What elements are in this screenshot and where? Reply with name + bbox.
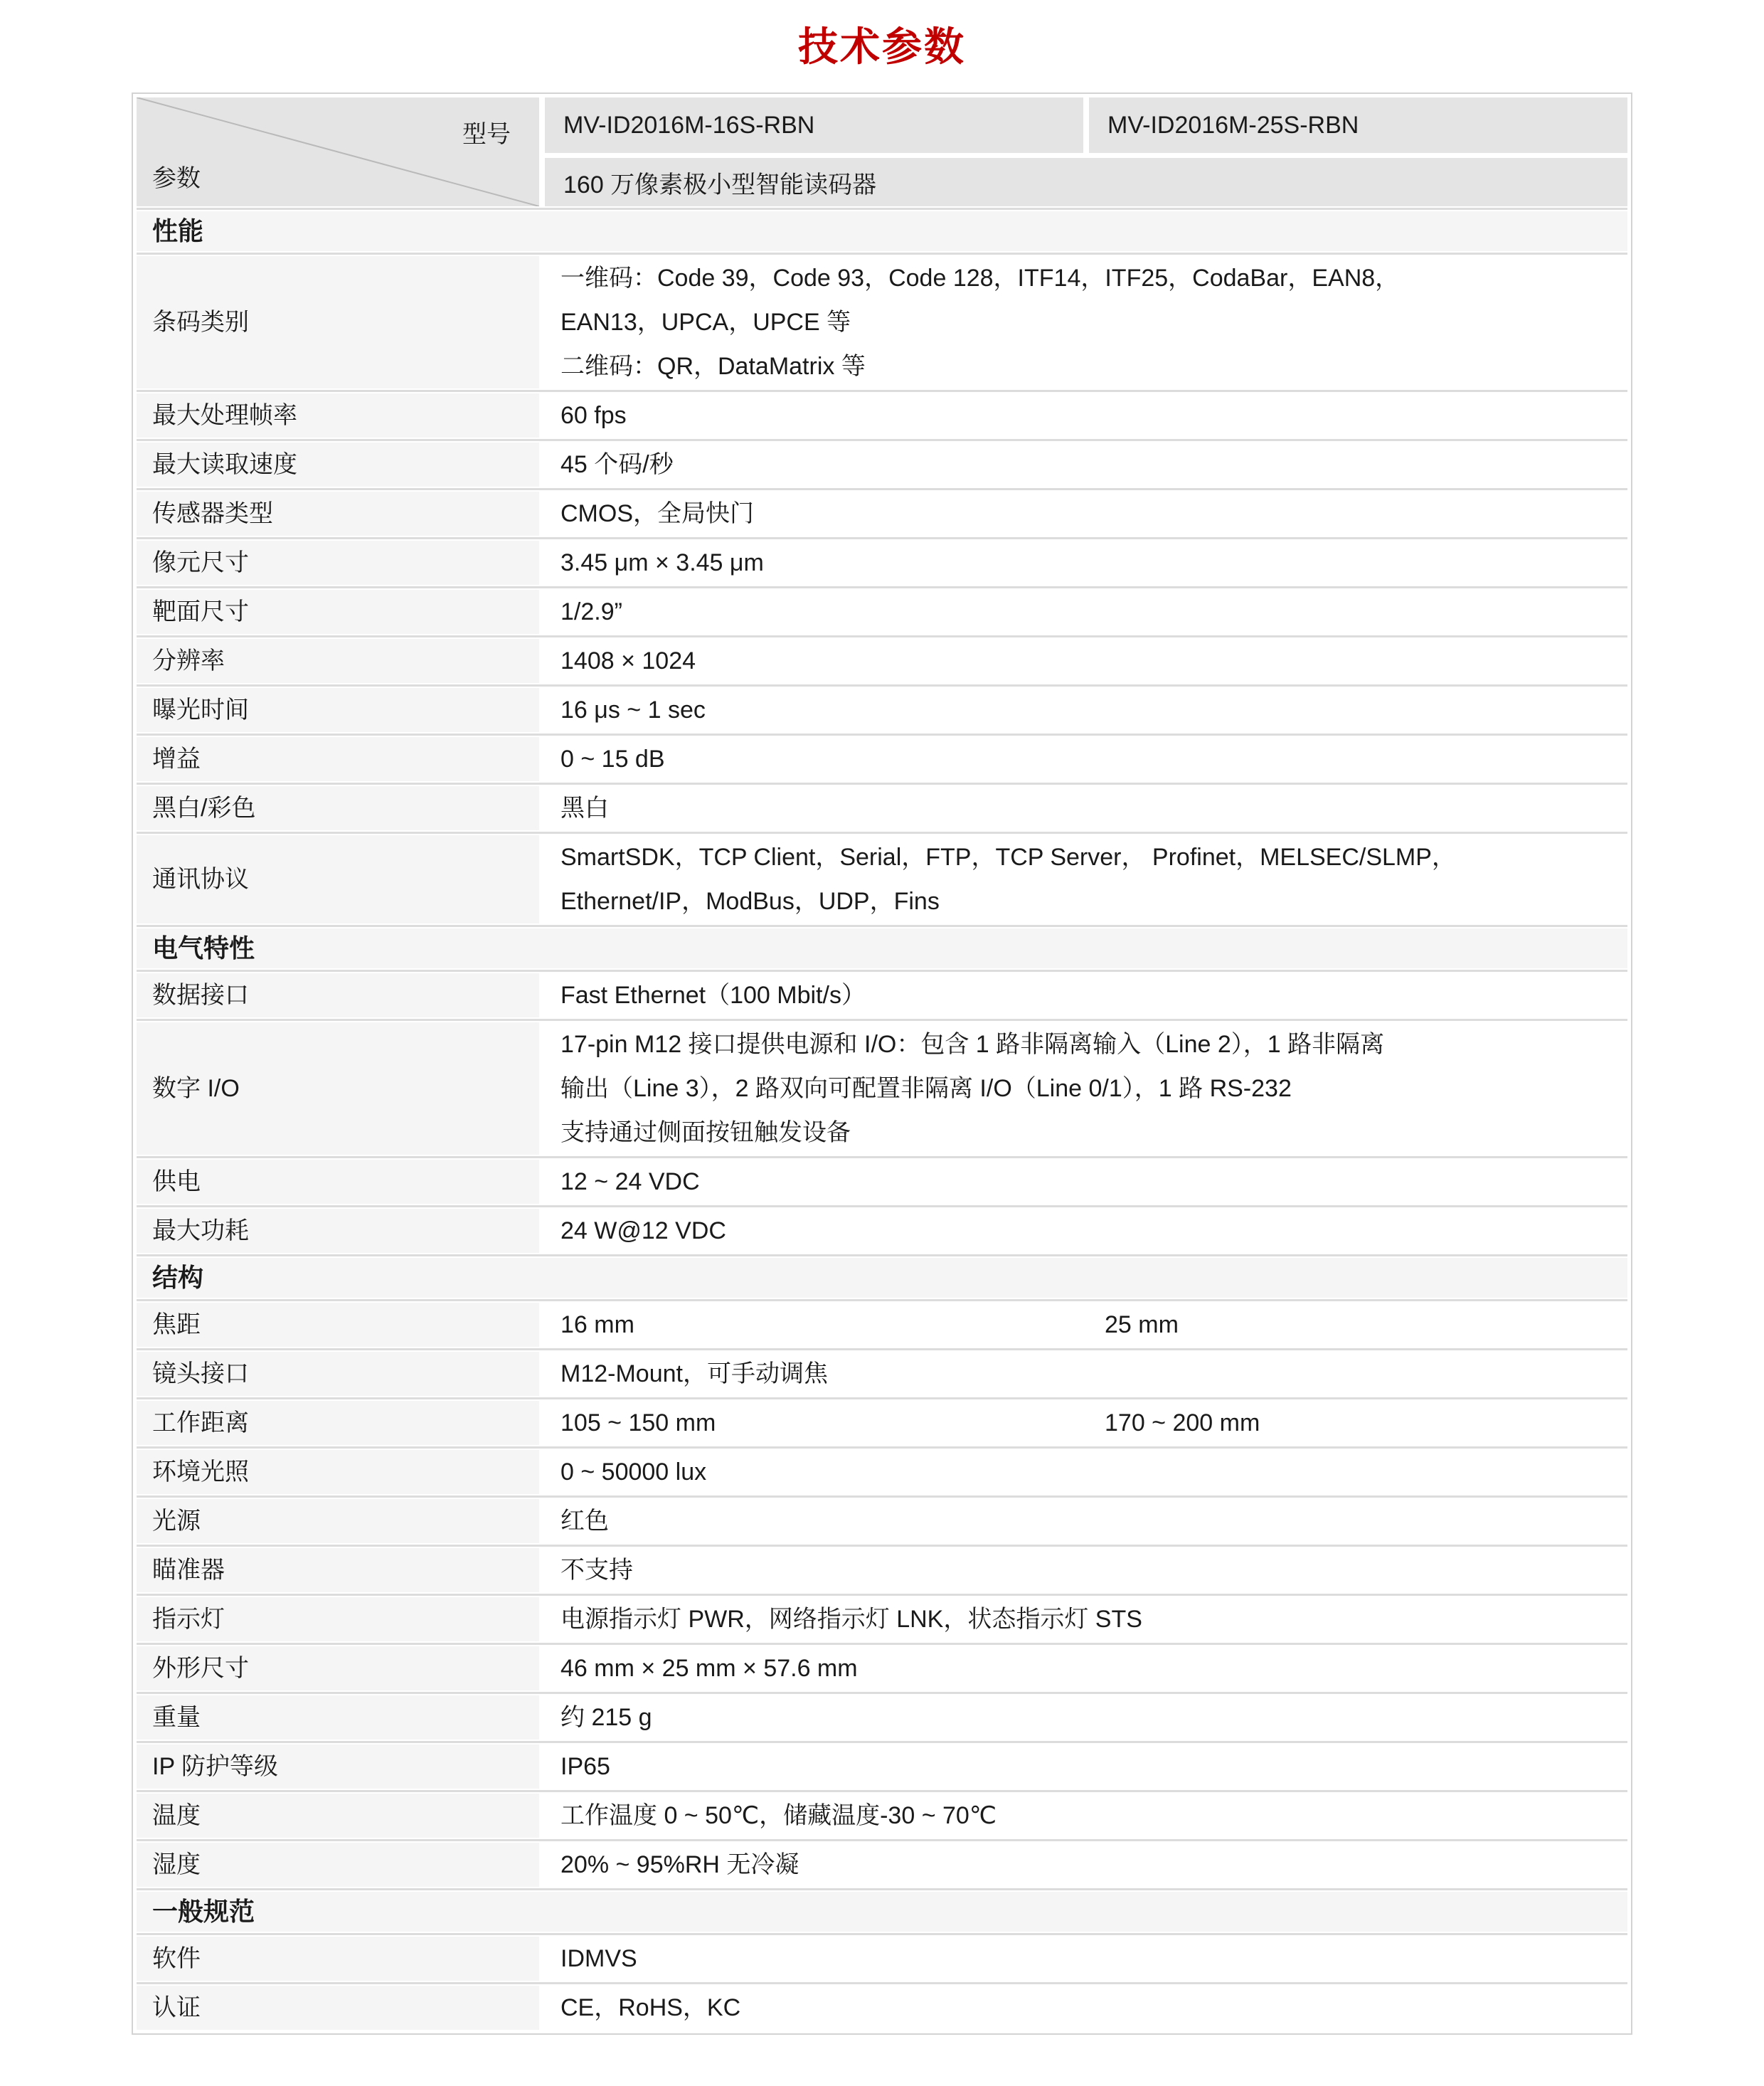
row-value: 一维码：Code 39，Code 93，Code 128，ITF14，ITF25… bbox=[545, 256, 1627, 388]
row-value: 1/2.9” bbox=[545, 590, 1627, 634]
row-label: 环境光照 bbox=[137, 1450, 539, 1494]
row-label: 外形尺寸 bbox=[137, 1646, 539, 1690]
row-value: CE，RoHS，KC bbox=[545, 1986, 1627, 2030]
row-value: 24 W@12 VDC bbox=[545, 1209, 1627, 1253]
row-label: IP 防护等级 bbox=[137, 1744, 539, 1789]
row-label: 像元尺寸 bbox=[137, 541, 539, 585]
table-row: 最大处理帧率 60 fps bbox=[137, 390, 1627, 438]
table-row: 环境光照 0 ~ 50000 lux bbox=[137, 1446, 1627, 1494]
table-row: 通讯协议 SmartSDK，TCP Client，Serial，FTP，TCP … bbox=[137, 832, 1627, 923]
row-label: 条码类别 bbox=[137, 256, 539, 388]
row-label: 分辨率 bbox=[137, 639, 539, 683]
row-label: 认证 bbox=[137, 1986, 539, 2030]
row-value: 红色 bbox=[545, 1499, 1627, 1543]
table-row: 光源 红色 bbox=[137, 1495, 1627, 1543]
table-row: 条码类别 一维码：Code 39，Code 93，Code 128，ITF14，… bbox=[137, 253, 1627, 388]
section-header-row: 结构 bbox=[137, 1254, 1627, 1298]
row-value: 12 ~ 24 VDC bbox=[545, 1160, 1627, 1204]
section-title: 结构 bbox=[137, 1258, 1627, 1298]
row-value: Fast Ethernet（100 Mbit/s） bbox=[545, 973, 1627, 1017]
table-row: 软件 IDMVS bbox=[137, 1933, 1627, 1981]
spec-page: 技术参数 型号 参数 MV-ID2016M-16S-RBN MV-ID2016M… bbox=[0, 0, 1764, 2035]
row-label: 光源 bbox=[137, 1499, 539, 1543]
row-label: 通讯协议 bbox=[137, 835, 539, 923]
row-value: 不支持 bbox=[545, 1548, 1627, 1592]
row-value: 20% ~ 95%RH 无冷凝 bbox=[545, 1843, 1627, 1887]
table-row-split: 工作距离 105 ~ 150 mm 170 ~ 200 mm bbox=[137, 1397, 1627, 1445]
table-row: 供电 12 ~ 24 VDC bbox=[137, 1156, 1627, 1204]
row-value: 约 215 g bbox=[545, 1695, 1627, 1740]
section-title: 性能 bbox=[137, 211, 1627, 251]
row-label: 工作距离 bbox=[137, 1401, 539, 1445]
row-label: 镜头接口 bbox=[137, 1352, 539, 1396]
row-value: 黑白 bbox=[545, 786, 1627, 830]
row-label: 传感器类型 bbox=[137, 492, 539, 536]
row-label: 黑白/彩色 bbox=[137, 786, 539, 830]
row-value-model1: 16 mm bbox=[545, 1303, 1083, 1347]
table-row: 数据接口 Fast Ethernet（100 Mbit/s） bbox=[137, 970, 1627, 1017]
row-label: 瞄准器 bbox=[137, 1548, 539, 1592]
row-value: SmartSDK，TCP Client，Serial，FTP，TCP Serve… bbox=[545, 835, 1627, 923]
row-value-model2: 25 mm bbox=[1089, 1303, 1627, 1347]
section-header-row: 一般规范 bbox=[137, 1888, 1627, 1932]
table-row: 瞄准器 不支持 bbox=[137, 1545, 1627, 1592]
table-row: 指示灯 电源指示灯 PWR，网络指示灯 LNK，状态指示灯 STS bbox=[137, 1594, 1627, 1641]
row-value: 0 ~ 50000 lux bbox=[545, 1450, 1627, 1494]
table-row: 增益 0 ~ 15 dB bbox=[137, 734, 1627, 781]
section-title: 电气特性 bbox=[137, 928, 1627, 968]
page-title: 技术参数 bbox=[0, 0, 1764, 73]
header-model-label: 型号 bbox=[462, 115, 511, 149]
row-label: 数字 I/O bbox=[137, 1022, 539, 1155]
row-value-model2: 170 ~ 200 mm bbox=[1089, 1401, 1627, 1445]
table-row: 最大读取速度 45 个码/秒 bbox=[137, 439, 1627, 487]
table-body: 性能 条码类别 一维码：Code 39，Code 93，Code 128，ITF… bbox=[137, 208, 1627, 2030]
header-description: 160 万像素极小型智能读码器 bbox=[545, 158, 1627, 206]
table-row: 传感器类型 CMOS，全局快门 bbox=[137, 488, 1627, 536]
table-row: 湿度 20% ~ 95%RH 无冷凝 bbox=[137, 1839, 1627, 1887]
row-value: IDMVS bbox=[545, 1937, 1627, 1981]
row-value: 工作温度 0 ~ 50℃，储藏温度-30 ~ 70℃ bbox=[545, 1794, 1627, 1838]
table-row: 认证 CE，RoHS，KC bbox=[137, 1982, 1627, 2030]
table-row: 外形尺寸 46 mm × 25 mm × 57.6 mm bbox=[137, 1643, 1627, 1690]
section-header-row: 电气特性 bbox=[137, 925, 1627, 968]
row-value: 46 mm × 25 mm × 57.6 mm bbox=[545, 1646, 1627, 1690]
row-value: 45 个码/秒 bbox=[545, 443, 1627, 487]
row-label: 最大功耗 bbox=[137, 1209, 539, 1253]
header-corner-cell: 型号 参数 bbox=[137, 97, 539, 206]
header-model-1: MV-ID2016M-16S-RBN bbox=[545, 97, 1083, 153]
row-label: 指示灯 bbox=[137, 1597, 539, 1641]
row-value: 60 fps bbox=[545, 393, 1627, 438]
table-row: 靶面尺寸 1/2.9” bbox=[137, 586, 1627, 634]
row-label: 最大读取速度 bbox=[137, 443, 539, 487]
row-value: M12-Mount，可手动调焦 bbox=[545, 1352, 1627, 1396]
row-value: 0 ~ 15 dB bbox=[545, 737, 1627, 781]
row-value: 电源指示灯 PWR，网络指示灯 LNK，状态指示灯 STS bbox=[545, 1597, 1627, 1641]
table-row: 重量 约 215 g bbox=[137, 1692, 1627, 1740]
row-value-model1: 105 ~ 150 mm bbox=[545, 1401, 1083, 1445]
table-row: 数字 I/O 17-pin M12 接口提供电源和 I/O：包含 1 路非隔离输… bbox=[137, 1019, 1627, 1155]
row-label: 曝光时间 bbox=[137, 688, 539, 732]
header-model-2: MV-ID2016M-25S-RBN bbox=[1089, 97, 1627, 153]
table-row: 曝光时间 16 μs ~ 1 sec bbox=[137, 684, 1627, 732]
row-label: 靶面尺寸 bbox=[137, 590, 539, 634]
table-row: 分辨率 1408 × 1024 bbox=[137, 635, 1627, 683]
header-param-label: 参数 bbox=[152, 159, 201, 194]
row-value: IP65 bbox=[545, 1744, 1627, 1789]
table-row: IP 防护等级 IP65 bbox=[137, 1741, 1627, 1789]
table-row: 最大功耗 24 W@12 VDC bbox=[137, 1205, 1627, 1253]
table-row: 像元尺寸 3.45 μm × 3.45 μm bbox=[137, 537, 1627, 585]
row-label: 温度 bbox=[137, 1794, 539, 1838]
row-label: 焦距 bbox=[137, 1303, 539, 1347]
row-label: 软件 bbox=[137, 1937, 539, 1981]
row-label: 最大处理帧率 bbox=[137, 393, 539, 438]
spec-table: 型号 参数 MV-ID2016M-16S-RBN MV-ID2016M-25S-… bbox=[132, 92, 1632, 2035]
row-value: 16 μs ~ 1 sec bbox=[545, 688, 1627, 732]
table-row: 镜头接口 M12-Mount，可手动调焦 bbox=[137, 1348, 1627, 1396]
table-row-split: 焦距 16 mm 25 mm bbox=[137, 1299, 1627, 1347]
row-label: 增益 bbox=[137, 737, 539, 781]
row-label: 重量 bbox=[137, 1695, 539, 1740]
section-header-row: 性能 bbox=[137, 208, 1627, 251]
section-title: 一般规范 bbox=[137, 1892, 1627, 1932]
row-label: 湿度 bbox=[137, 1843, 539, 1887]
table-header: 型号 参数 MV-ID2016M-16S-RBN MV-ID2016M-25S-… bbox=[137, 97, 1627, 206]
row-label: 供电 bbox=[137, 1160, 539, 1204]
row-value: 1408 × 1024 bbox=[545, 639, 1627, 683]
table-row: 黑白/彩色 黑白 bbox=[137, 783, 1627, 830]
row-value: CMOS，全局快门 bbox=[545, 492, 1627, 536]
row-label: 数据接口 bbox=[137, 973, 539, 1017]
row-value: 17-pin M12 接口提供电源和 I/O：包含 1 路非隔离输入（Line … bbox=[545, 1022, 1627, 1155]
row-value: 3.45 μm × 3.45 μm bbox=[545, 541, 1627, 585]
table-row: 温度 工作温度 0 ~ 50℃，储藏温度-30 ~ 70℃ bbox=[137, 1790, 1627, 1838]
